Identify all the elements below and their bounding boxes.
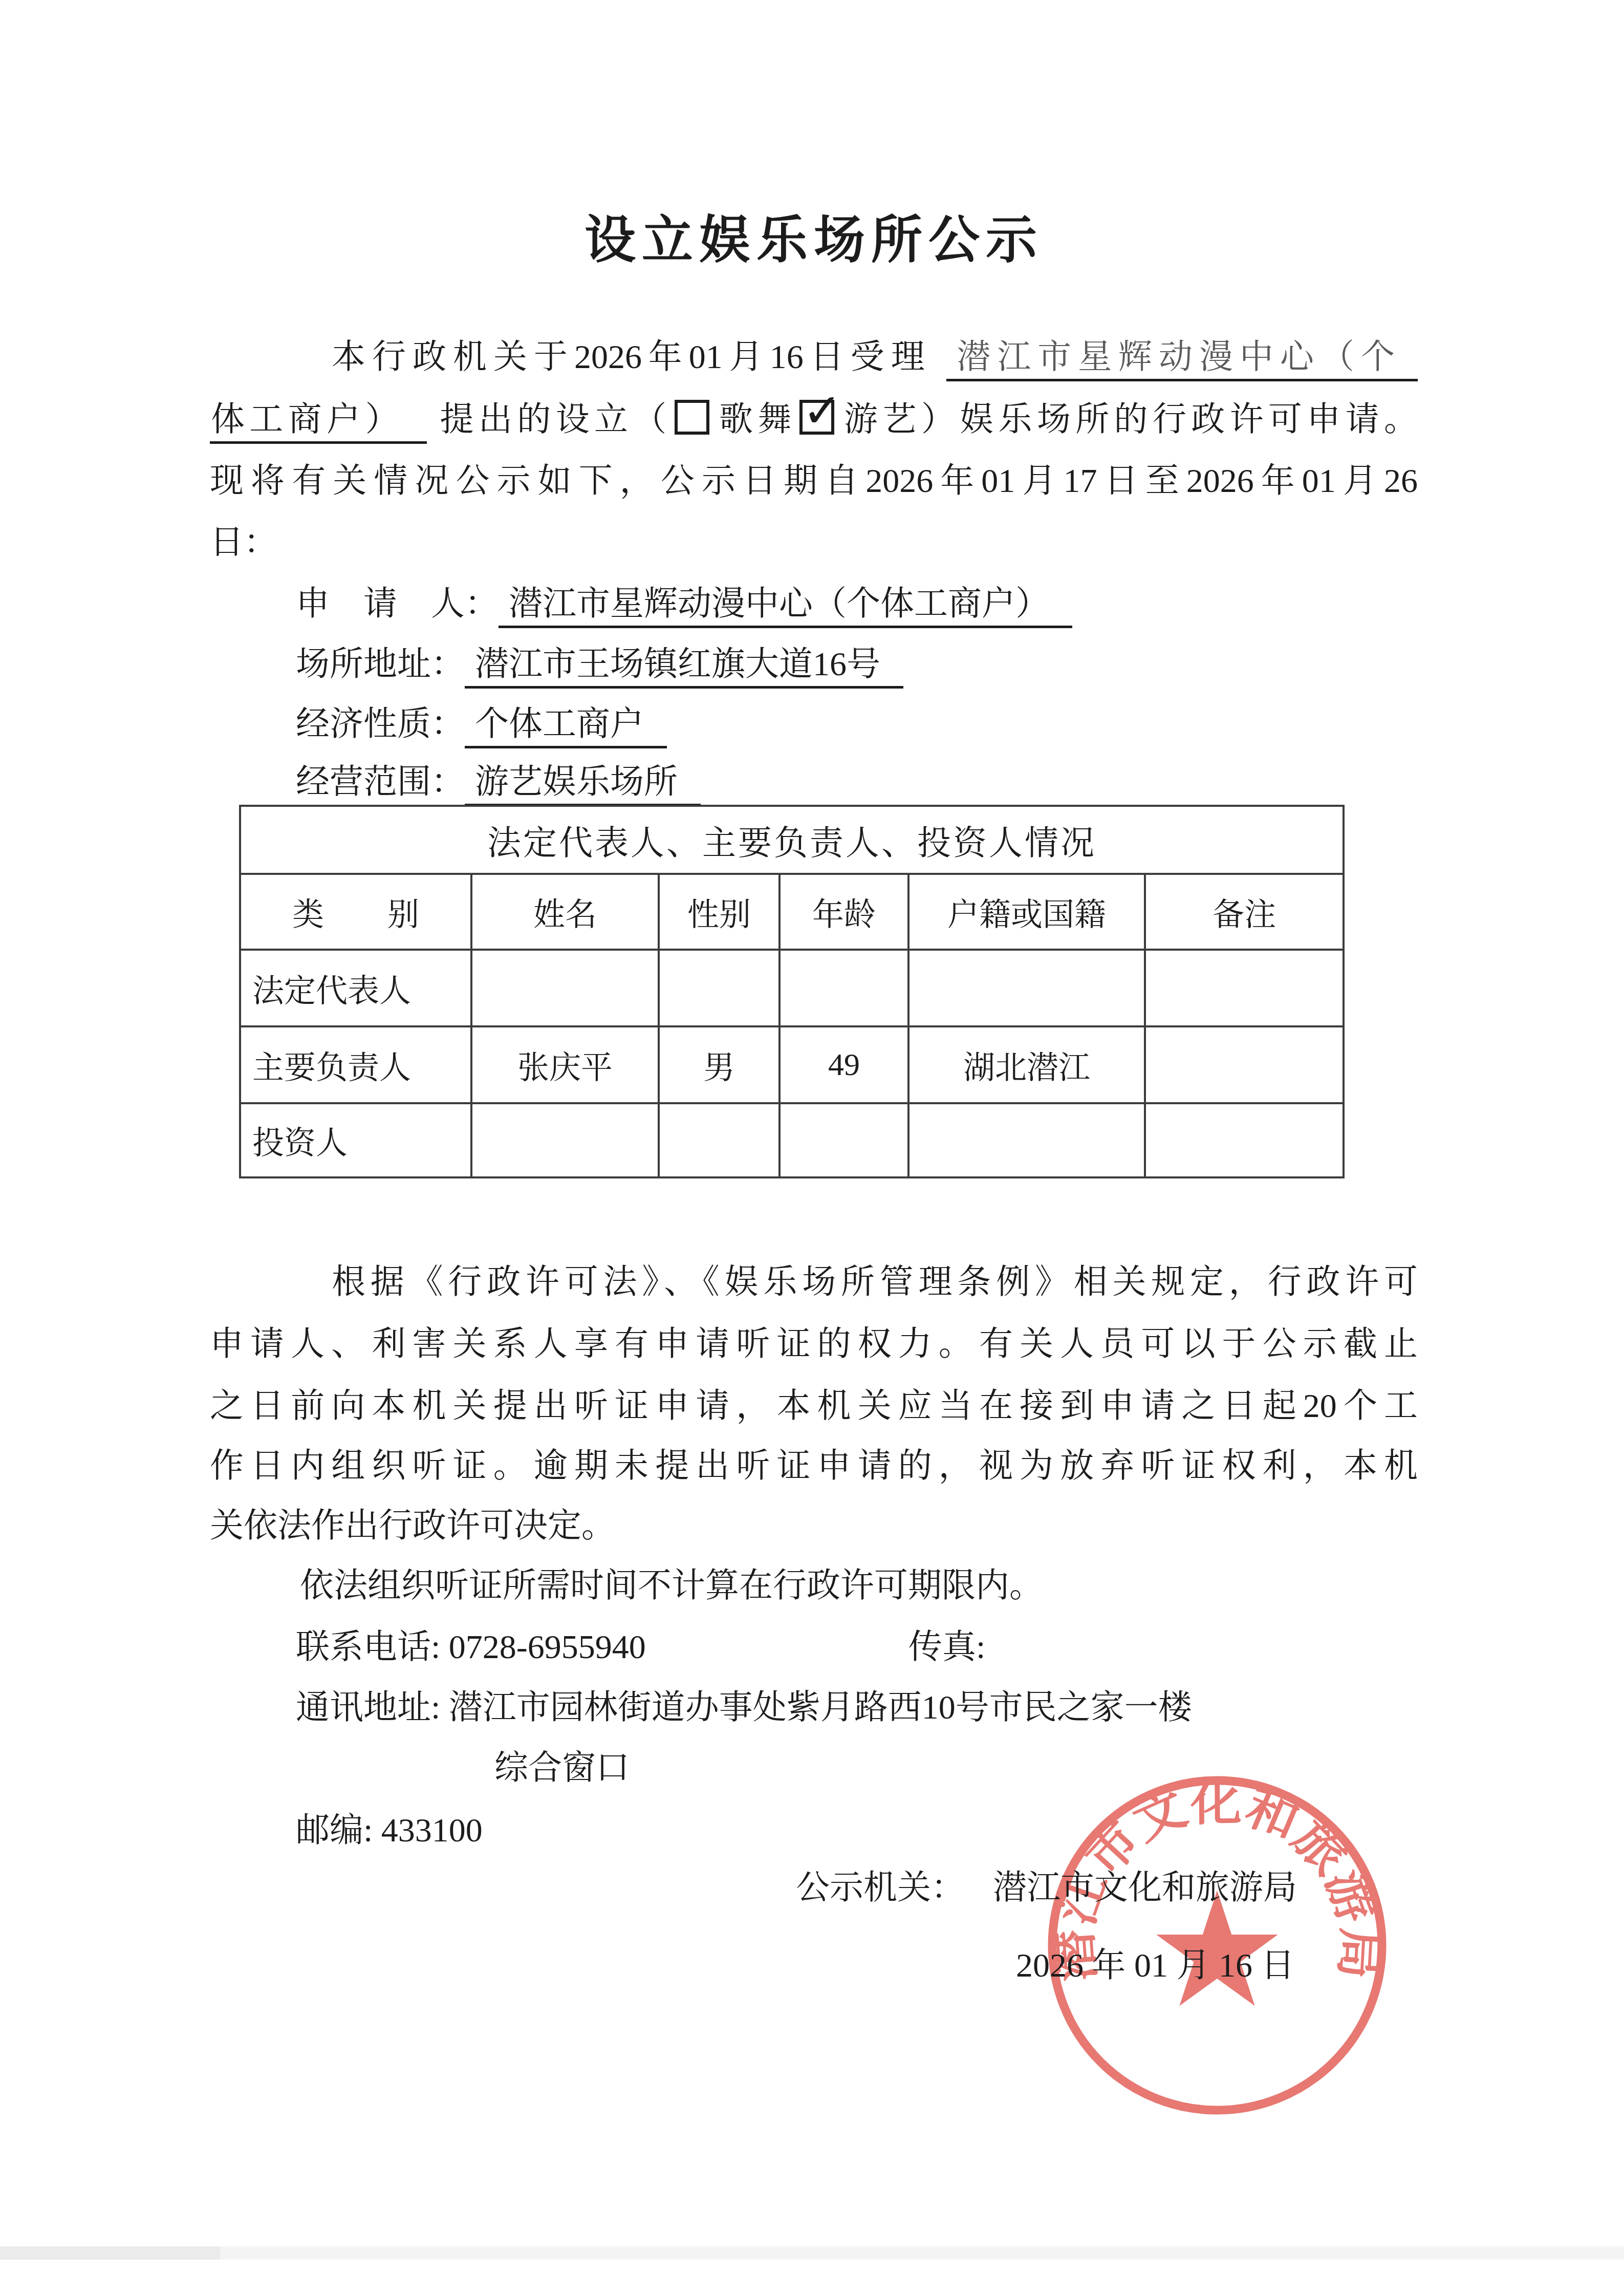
paragraph1-line3: 现将有关情况公示如下，公示日期自2026年01月17日至2026年01月26 [210,461,1418,501]
table-row: 主要负责人 张庆平 男 49 湖北潜江 [240,1026,1344,1103]
cell-origin [908,950,1145,1026]
checkbox-youyi-label: 游艺 [839,401,921,438]
paragraph1-line4: 日： [210,522,1418,563]
header-age: 年龄 [779,874,908,950]
field-address: 场所地址：潜江市王场镇红旗大道16号 [210,644,1504,684]
field-economic-nature-label: 经济性质： [296,705,465,743]
contact-address-line: 通讯地址: 潜江市园林街道办事处紫月路西10号市民之家一楼 [210,1687,1504,1728]
field-applicant-value: 潜江市星辉动漫中心（个体工商户） [499,585,1072,628]
zip-value: 433100 [381,1812,483,1849]
cell-age [779,1103,908,1177]
para1-line2-end: ）娱乐场所的行政许可申请。 [921,401,1418,438]
cell-origin: 湖北潜江 [908,1026,1145,1103]
cell-note [1145,1103,1344,1177]
checkbox-gewu-unchecked [675,400,709,435]
checkbox-gewu-label: 歌舞 [714,401,796,438]
header-origin: 户籍或国籍 [908,874,1145,950]
field-address-value: 潜江市王场镇红旗大道16号 [465,646,903,689]
scan-artifact-strip-dark [0,2246,220,2260]
page-title: 设立娱乐场所公示 [210,199,1418,272]
cell-age [779,950,908,1026]
paragraph2-line4: 作日内组织听证。逾期未提出听证申请的，视为放弃听证权利，本机 [210,1446,1418,1486]
paragraph2-line5: 关依法作出行政许可决定。 [210,1506,1418,1546]
paragraph2-line3: 之日前向本机关提出听证申请，本机关应当在接到申请之日起20个工 [210,1386,1418,1426]
field-business-scope-value: 游艺娱乐场所 [465,763,701,806]
paragraph2-line1-text: 根据《行政许可法》、《娱乐场所管理条例》相关规定，行政许可 [210,1263,1418,1301]
cell-category: 投资人 [240,1103,471,1177]
check-icon: ✓ [803,388,842,435]
field-business-scope-label: 经营范围： [296,763,465,801]
phone-number: 0728-6955940 [449,1628,646,1666]
paragraph3-hearing-time: 依法组织听证所需时间不计算在行政许可期限内。 [210,1565,1508,1606]
cell-name [471,1103,659,1177]
document-page: 潜江市文化和旅游局 ★ 设立娱乐场所公示 本行政机关于2026年01月16日受理… [0,0,1624,2296]
issuing-organ-name: 潜江市文化和旅游局 [993,1869,1297,1906]
para1-line2-mid: 提出的设立（ [427,401,672,438]
applicant-name-inline: 潜江市星辉动漫中心（个 [946,338,1418,381]
header-note: 备注 [1145,874,1344,950]
issue-date: 2026 年 01 月 16 日 [1016,1945,1579,1986]
address-value: 潜江市园林街道办事处紫月路西10号市民之家一楼 [449,1689,1192,1726]
cell-gender [659,950,779,1026]
phone-label: 联系电话: [296,1628,449,1666]
contact-phone-line: 联系电话: 0728-6955940传真: [210,1627,1504,1667]
table-header-row: 类 别 姓名 性别 年龄 户籍或国籍 备注 [240,874,1344,950]
cell-note [1145,1026,1344,1103]
field-business-scope: 经营范围：游艺娱乐场所 [210,762,1504,802]
paragraph1-line1: 本行政机关于2026年01月16日受理 潜江市星辉动漫中心（个 [210,337,1418,377]
checkbox-youyi-checked: ✓ [799,400,834,435]
cell-name [471,950,659,1026]
table-row: 投资人 [240,1103,1344,1177]
header-gender: 性别 [659,874,779,950]
cell-origin [908,1103,1145,1177]
applicant-name-inline-cont: 体工商户） [210,401,427,444]
cell-gender: 男 [659,1026,779,1103]
cell-name: 张庆平 [471,1026,659,1103]
paragraph1-line2: 体工商户） 提出的设立（歌舞✓游艺）娱乐场所的行政许可申请。 [210,399,1418,440]
field-economic-nature: 经济性质：个体工商户 [210,704,1504,744]
contact-zip-line: 邮编: 433100 [210,1810,1504,1851]
header-category: 类 别 [240,874,471,950]
field-applicant-label: 申 请 人： [296,585,499,623]
header-name: 姓名 [471,874,659,950]
table-title-row: 法定代表人、主要负责人、投资人情况 [240,806,1344,874]
scan-artifact-strip [0,2246,1624,2260]
paragraph2-line1: 根据《行政许可法》、《娱乐场所管理条例》相关规定，行政许可 [210,1262,1418,1302]
cell-gender [659,1103,779,1177]
address-label: 通讯地址: [296,1689,449,1726]
fax-label: 传真: [908,1627,985,1667]
field-applicant: 申 请 人：潜江市星辉动漫中心（个体工商户） [210,584,1504,624]
zip-label: 邮编: [296,1812,381,1849]
field-address-label: 场所地址： [296,646,465,683]
field-economic-nature-value: 个体工商户 [465,705,667,748]
cell-category: 法定代表人 [240,950,471,1026]
paragraph2-line2: 申请人、利害关系人享有申请听证的权力。有关人员可以于公示截止 [210,1324,1418,1364]
cell-category: 主要负责人 [240,1026,471,1103]
table-row: 法定代表人 [240,950,1344,1026]
issuing-organ-line: 公示机关：潜江市文化和旅游局 [796,1868,1512,1908]
cell-age: 49 [779,1026,908,1103]
persons-table: 法定代表人、主要负责人、投资人情况 类 别 姓名 性别 年龄 户籍或国籍 备注 … [239,805,1345,1178]
table-title: 法定代表人、主要负责人、投资人情况 [240,806,1344,874]
contact-address-line2: 综合窗口 [210,1748,1624,1788]
issuing-organ-label: 公示机关： [796,1869,965,1906]
cell-note [1145,950,1344,1026]
para1-line1-text: 本行政机关于2026年01月16日受理 [210,338,946,376]
